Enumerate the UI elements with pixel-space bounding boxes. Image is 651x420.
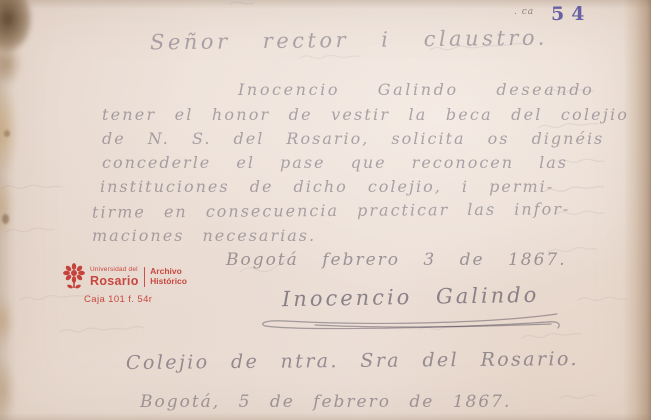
- page-stack-edge: [623, 0, 651, 420]
- folio-number: 54: [551, 3, 591, 25]
- stamp-archive-line2: Histórico: [150, 277, 187, 287]
- manuscript-page: . ca 54 Señor rector i claustro. Inocenc…: [0, 0, 651, 420]
- rosario-rosette-icon: [62, 263, 86, 291]
- bottom-edge-shadow: [0, 413, 651, 420]
- letter-body-line: concederle el pase que reconocen las: [102, 153, 568, 172]
- letter-salutation: Señor rector i claustro.: [150, 26, 548, 55]
- letter-body-line: maciones necesarias.: [92, 226, 316, 245]
- letter-body-line: instituciones de dicho colejio, i permi-: [100, 177, 554, 196]
- letter-body-line: de N. S. del Rosario, solicita os dignéi…: [102, 129, 604, 148]
- signature-flourish: [255, 309, 567, 333]
- letter-body-line: Inocencio Galindo deseando: [238, 80, 594, 99]
- stamp-archive-name: Archivo Histórico: [150, 267, 187, 287]
- stain-speck-2: [4, 130, 10, 137]
- stain-top-left-2: [0, 42, 22, 86]
- stain-speck-1: [2, 214, 9, 224]
- letter-dateline: Bogotá febrero 3 de 1867.: [226, 250, 567, 270]
- stamp-university-name: Universidad del Rosario: [90, 267, 139, 287]
- archive-stamp: Universidad del Rosario Archivo Históric…: [62, 263, 187, 305]
- stamp-box-folio-reference: Caja 101 f. 54r: [84, 294, 187, 305]
- stamp-university-prefix: Universidad del: [90, 267, 139, 274]
- archive-stamp-row: Universidad del Rosario Archivo Históric…: [62, 263, 187, 291]
- date-annotation: Bogotá, 5 de febrero de 1867.: [140, 392, 511, 412]
- institution-annotation: Colejio de ntra. Sra del Rosario.: [126, 348, 579, 374]
- stamp-divider: [144, 267, 146, 287]
- stamp-university-main: Rosario: [90, 275, 139, 288]
- letter-body-line: tirme en consecuencia practicar las info…: [92, 199, 570, 221]
- signature: Inocencio Galindo: [282, 283, 540, 311]
- pencil-corner-mark: . ca: [514, 7, 534, 17]
- letter-body-line: tener el honor de vestir la beca del col…: [102, 105, 629, 124]
